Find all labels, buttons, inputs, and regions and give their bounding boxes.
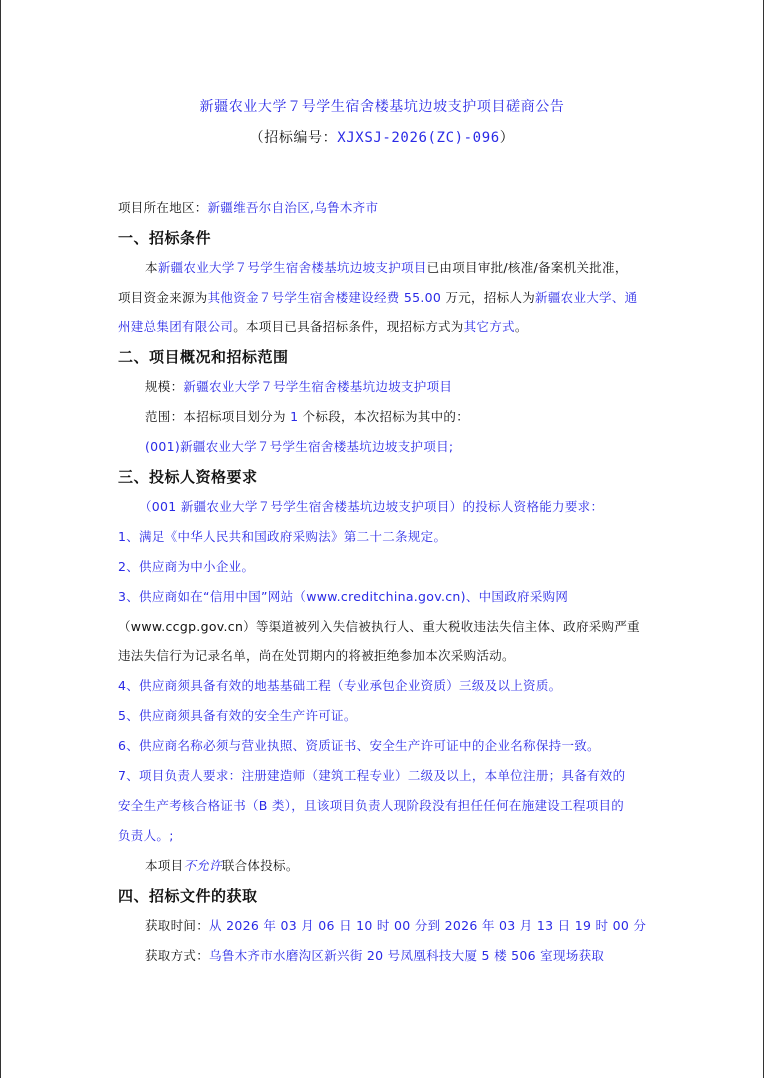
text: 。 <box>515 319 528 334</box>
consortium-permission: 不允许 <box>183 858 221 873</box>
tenderer-name: 新疆农业大学、通 <box>535 290 637 305</box>
section-2-heading: 二、项目概况和招标范围 <box>118 347 289 367</box>
text: 本 <box>145 260 158 275</box>
acquisition-time: 获取时间：从 2026 年 03 月 06 日 10 时 00 分到 2026 … <box>145 917 646 935</box>
bid-number-label: （招标编号： <box>250 130 338 146</box>
bid-number-close: ） <box>500 130 515 146</box>
method-label: 获取方式： <box>145 948 209 963</box>
section-1-paragraph-line-1: 本新疆农业大学７号学生宿舍楼基坑边坡支护项目已由项目审批/核准/备案机关批准， <box>145 259 628 277</box>
requirement-7-line-1: 7、项目负责人要求：注册建造师（建筑工程专业）二级及以上，本单位注册；具备有效的 <box>118 767 625 785</box>
acquisition-method: 获取方式：乌鲁木齐市水磨沟区新兴街 20 号凤凰科技大厦 5 楼 506 室现场… <box>145 947 604 965</box>
requirement-2: 2、供应商为中小企业。 <box>118 558 254 576</box>
text: 个标段，本次招标为其中的： <box>298 409 469 424</box>
text: 已由项目审批/核准/备案机关批准， <box>427 260 628 275</box>
qualification-intro: （001 新疆农业大学７号学生宿舍楼基坑边坡支护项目）的投标人资格能力要求： <box>139 498 603 516</box>
region-label: 项目所在地区： <box>118 200 208 215</box>
document-title: 新疆农业大学７号学生宿舍楼基坑边坡支护项目磋商公告 <box>1 97 763 117</box>
text: 联合体投标。 <box>222 858 299 873</box>
requirement-5: 5、供应商须具备有效的安全生产许可证。 <box>118 707 357 725</box>
tender-method: 其它方式 <box>464 319 515 334</box>
requirement-4: 4、供应商须具备有效的地基基础工程（专业承包企业资质）三级及以上资质。 <box>118 677 561 695</box>
text: 。本项目已具备招标条件，现招标方式为 <box>233 319 463 334</box>
requirement-3-line-1: 3、供应商如在“信用中国”网站（www.creditchina.gov.cn)、… <box>118 588 568 606</box>
text: 的投标人资格能力要求： <box>462 499 603 514</box>
scale-label: 规模： <box>145 379 183 394</box>
section-4-heading: 四、招标文件的获取 <box>118 886 258 906</box>
section-1-paragraph-line-2: 项目资金来源为其他资金７号学生宿舍楼建设经费 55.00 万元，招标人为新疆农业… <box>118 289 637 307</box>
requirement-7-line-2: 安全生产考核合格证书（B 类），且该项目负责人现阶段没有担任任何在施建设工程项目… <box>118 797 624 815</box>
region-value: 新疆维吾尔自治区,乌鲁木齐市 <box>208 200 379 215</box>
project-name: 新疆农业大学７号学生宿舍楼基坑边坡支护项目 <box>158 260 427 275</box>
requirement-3-line-3: 违法失信行为记录名单，尚在处罚期内的将被拒绝参加本次采购活动。 <box>118 647 515 665</box>
requirement-3-line-2: （www.ccgp.gov.cn）等渠道被列入失信被执行人、重大税收违法失信主体… <box>118 618 640 636</box>
text: 范围：本招标项目划分为 <box>145 409 290 424</box>
section-1-paragraph-line-3: 州建总集团有限公司。本项目已具备招标条件，现招标方式为其它方式。 <box>118 318 528 336</box>
section-3-heading: 三、投标人资格要求 <box>118 467 258 487</box>
method-value: 乌鲁木齐市水磨沟区新兴街 20 号凤凰科技大厦 5 楼 506 室现场获取 <box>209 948 604 963</box>
project-region: 项目所在地区：新疆维吾尔自治区,乌鲁木齐市 <box>118 199 378 217</box>
text: 本项目 <box>145 858 183 873</box>
tenderer-name-cont: 州建总集团有限公司 <box>118 319 233 334</box>
requirement-7-line-3: 负责人。; <box>118 827 174 845</box>
bid-number-value: XJXSJ-2026(ZC)-096 <box>337 130 500 146</box>
text: 万元，招标人为 <box>441 290 535 305</box>
bid-number: （招标编号：XJXSJ-2026(ZC)-096） <box>1 128 763 148</box>
requirement-1: 1、满足《中华人民共和国政府采购法》第二十二条规定。 <box>118 528 446 546</box>
lot-reference: （001 新疆农业大学７号学生宿舍楼基坑边坡支护项目） <box>139 499 462 514</box>
lot-line: (001)新疆农业大学７号学生宿舍楼基坑边坡支护项目; <box>145 438 453 456</box>
scale-value: 新疆农业大学７号学生宿舍楼基坑边坡支护项目 <box>183 379 452 394</box>
section-1-heading: 一、招标条件 <box>118 228 211 248</box>
scope-line: 范围：本招标项目划分为 1 个标段，本次招标为其中的： <box>145 408 469 426</box>
consortium-line: 本项目不允许联合体投标。 <box>145 857 299 875</box>
time-label: 获取时间： <box>145 918 209 933</box>
time-value: 从 2026 年 03 月 06 日 10 时 00 分到 2026 年 03 … <box>209 918 646 933</box>
scale-line: 规模：新疆农业大学７号学生宿舍楼基坑边坡支护项目 <box>145 378 452 396</box>
requirement-6: 6、供应商名称必须与营业执照、资质证书、安全生产许可证中的企业名称保持一致。 <box>118 737 600 755</box>
document-page: 新疆农业大学７号学生宿舍楼基坑边坡支护项目磋商公告 （招标编号：XJXSJ-20… <box>0 0 764 1078</box>
funding-source: 其他资金７号学生宿舍楼建设经费 55.00 <box>208 290 442 305</box>
text: 项目资金来源为 <box>118 290 208 305</box>
